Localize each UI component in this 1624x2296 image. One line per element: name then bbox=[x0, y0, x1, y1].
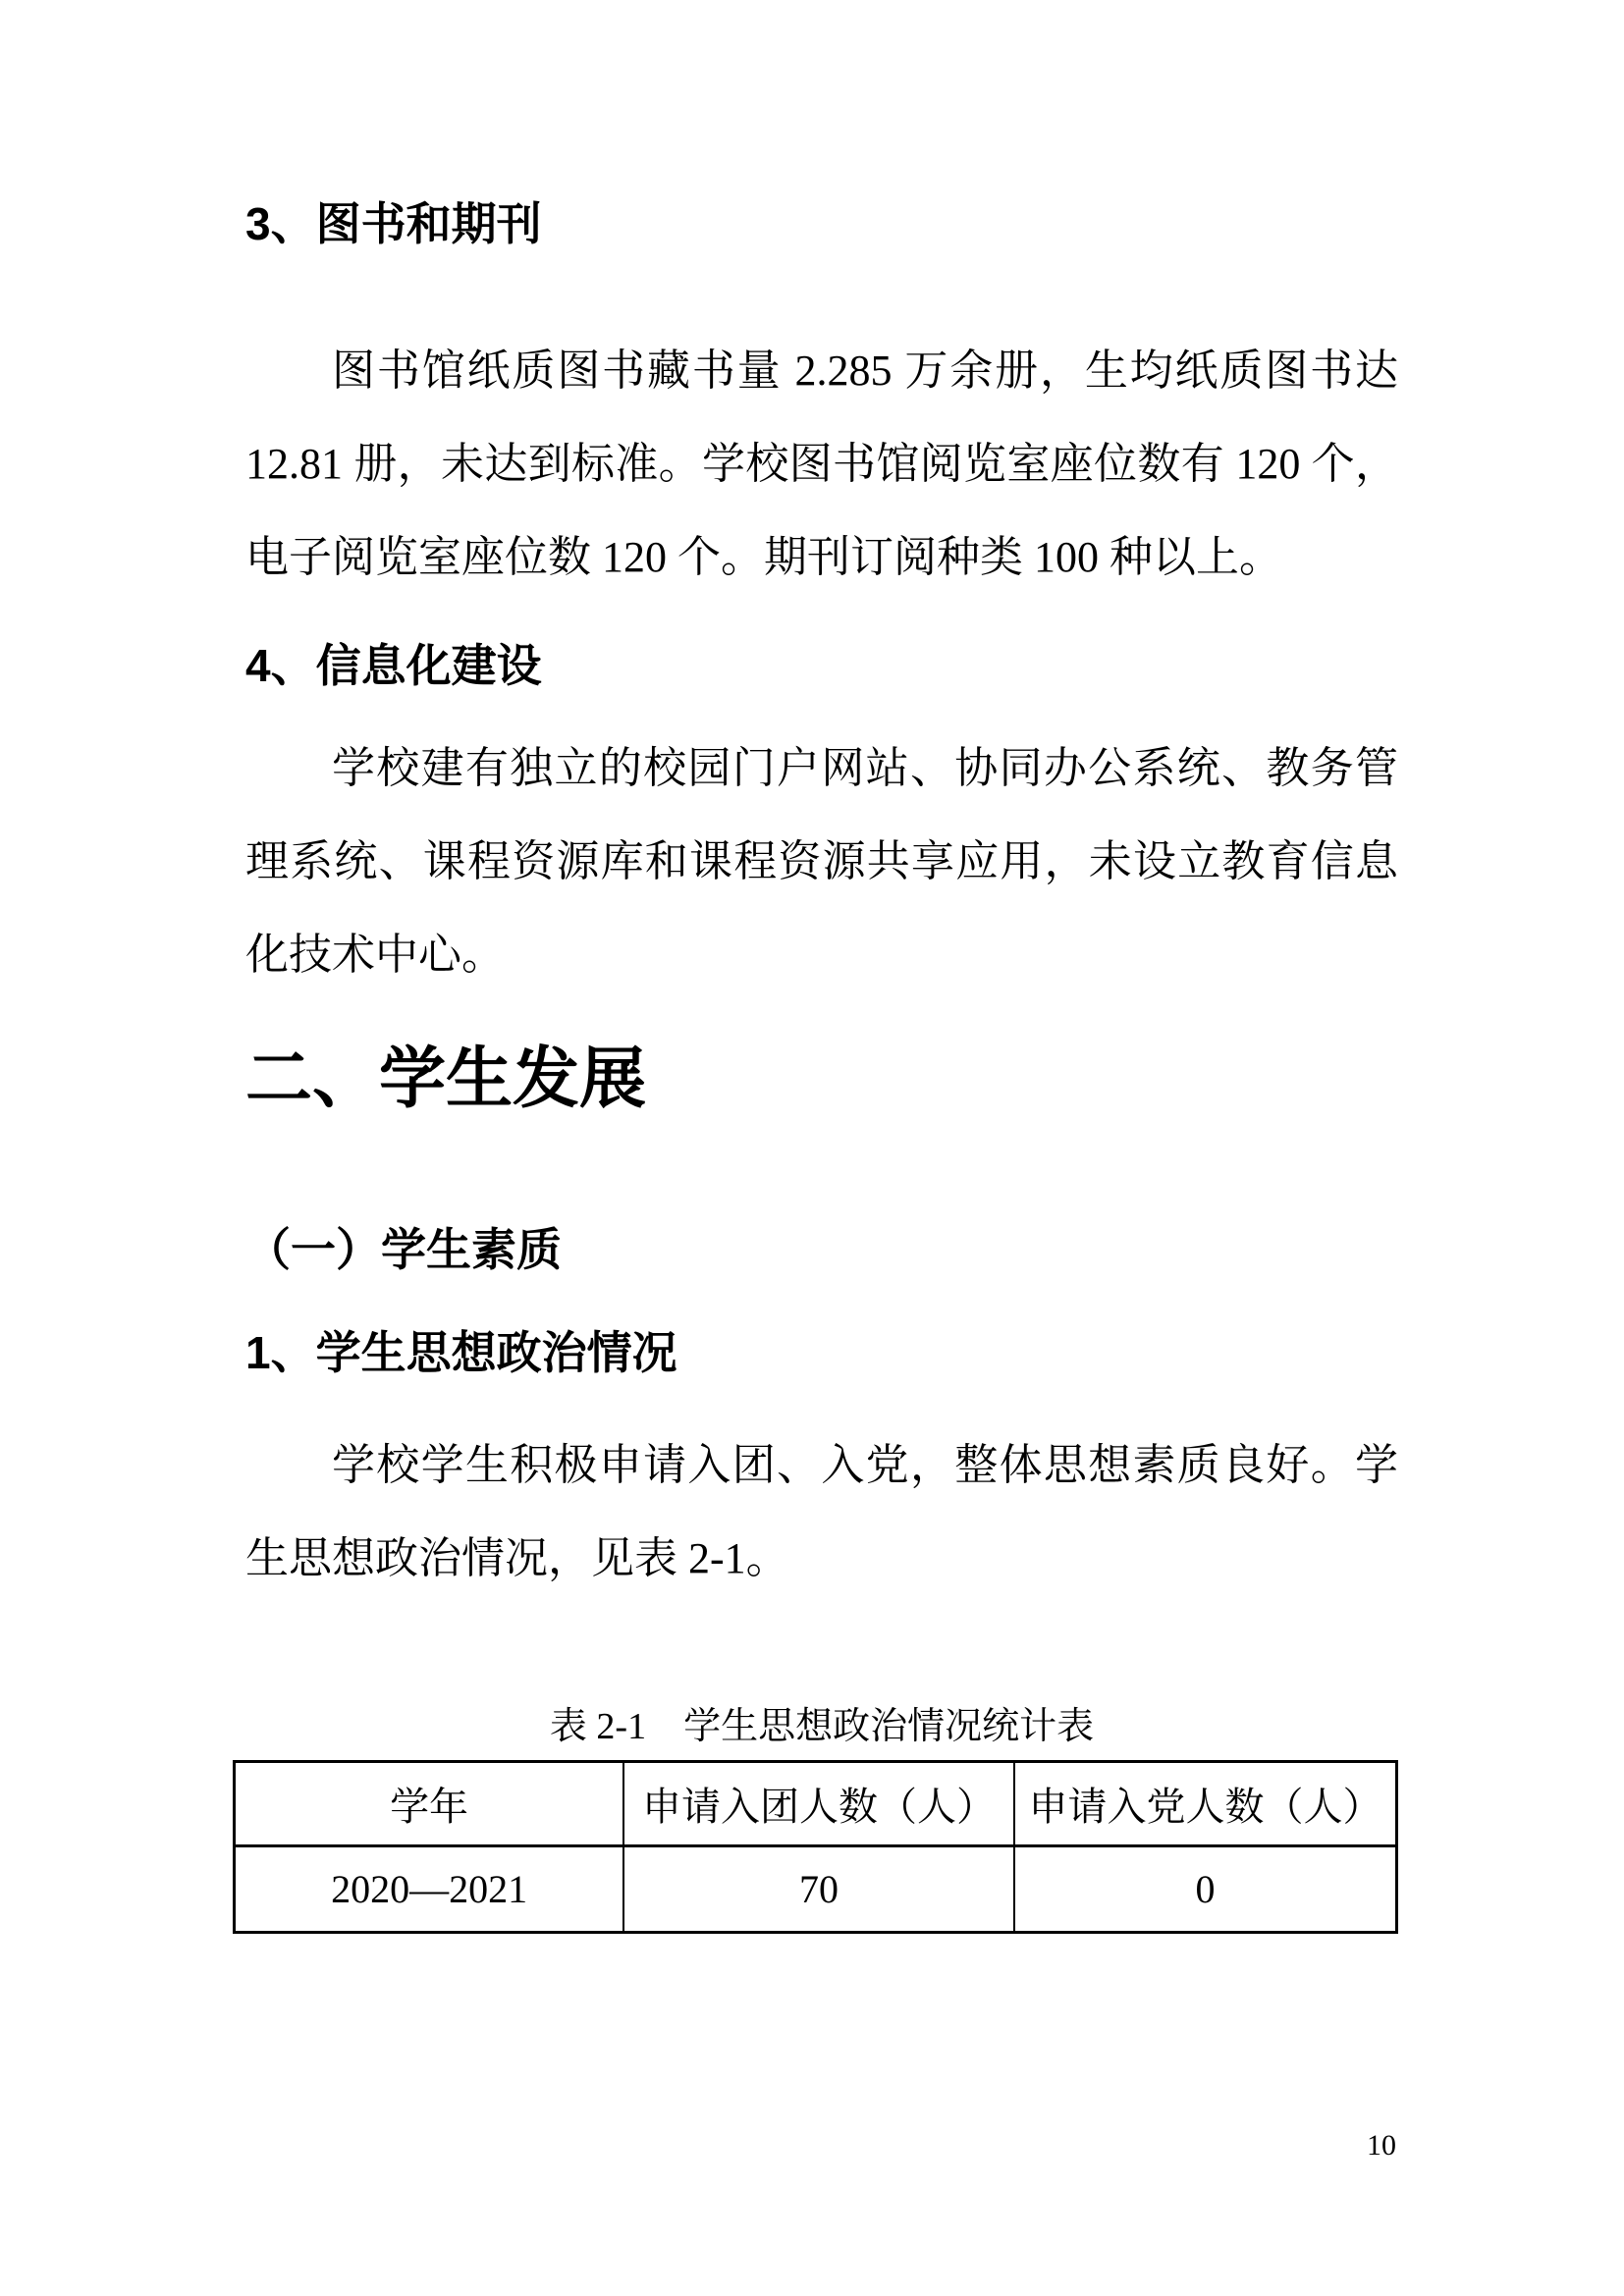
paragraph-books: 图书馆纸质图书藏书量 2.285 万余册，生均纸质图书达 12.81 册，未达到… bbox=[245, 324, 1398, 604]
table-header-row: 学年 申请入团人数（人） 申请入党人数（人） bbox=[235, 1762, 1397, 1846]
paragraph-line: 12.81 册，未达到标准。学校图书馆阅览室座位数有 120 个， bbox=[245, 417, 1398, 510]
paragraph-line: 理系统、课程资源库和课程资源共享应用，未设立教育信息 bbox=[245, 815, 1398, 908]
paragraph-ideological-political: 学校学生积极申请入团、入党，整体思想素质良好。学 生思想政治情况，见表 2-1。 bbox=[245, 1418, 1398, 1605]
table-header-league-applicants: 申请入团人数（人） bbox=[623, 1762, 1014, 1846]
paragraph-line: 学校学生积极申请入团、入党，整体思想素质良好。学 bbox=[245, 1418, 1398, 1512]
table-header-academic-year: 学年 bbox=[235, 1762, 624, 1846]
paragraph-line: 电子阅览室座位数 120 个。期刊订阅种类 100 种以上。 bbox=[245, 510, 1398, 604]
paragraph-line: 化技术中心。 bbox=[245, 908, 1398, 1001]
table-header-party-applicants: 申请入党人数（人） bbox=[1014, 1762, 1397, 1846]
paragraph-line: 生思想政治情况，见表 2-1。 bbox=[245, 1512, 1398, 1605]
section-heading-books-periodicals: 3、图书和期刊 bbox=[245, 193, 1398, 254]
document-page: 3、图书和期刊 图书馆纸质图书藏书量 2.285 万余册，生均纸质图书达 12.… bbox=[0, 0, 1624, 2296]
subsection-heading-student-quality: （一）学生素质 bbox=[245, 1219, 1398, 1280]
page-content: 3、图书和期刊 图书馆纸质图书藏书量 2.285 万余册，生均纸质图书达 12.… bbox=[0, 0, 1624, 1934]
subsection-heading-ideological-political: 1、学生思想政治情况 bbox=[245, 1322, 1398, 1383]
section-heading-informatization: 4、信息化建设 bbox=[245, 635, 1398, 696]
paragraph-line: 图书馆纸质图书藏书量 2.285 万余册，生均纸质图书达 bbox=[245, 324, 1398, 417]
table-caption: 表 2-1 学生思想政治情况统计表 bbox=[245, 1704, 1398, 1749]
ideological-political-stats-table: 学年 申请入团人数（人） 申请入党人数（人） 2020—2021 70 0 bbox=[233, 1760, 1398, 1934]
table-cell-league-applicants: 70 bbox=[623, 1846, 1014, 1933]
paragraph-informatization: 学校建有独立的校园门户网站、协同办公系统、教务管 理系统、课程资源库和课程资源共… bbox=[245, 721, 1398, 1001]
table-cell-party-applicants: 0 bbox=[1014, 1846, 1397, 1933]
table-row: 2020—2021 70 0 bbox=[235, 1846, 1397, 1933]
paragraph-line: 学校建有独立的校园门户网站、协同办公系统、教务管 bbox=[245, 721, 1398, 815]
page-number: 10 bbox=[1367, 2128, 1396, 2163]
chapter-heading-student-development: 二、学生发展 bbox=[245, 1038, 1398, 1121]
table-cell-academic-year: 2020—2021 bbox=[235, 1846, 624, 1933]
